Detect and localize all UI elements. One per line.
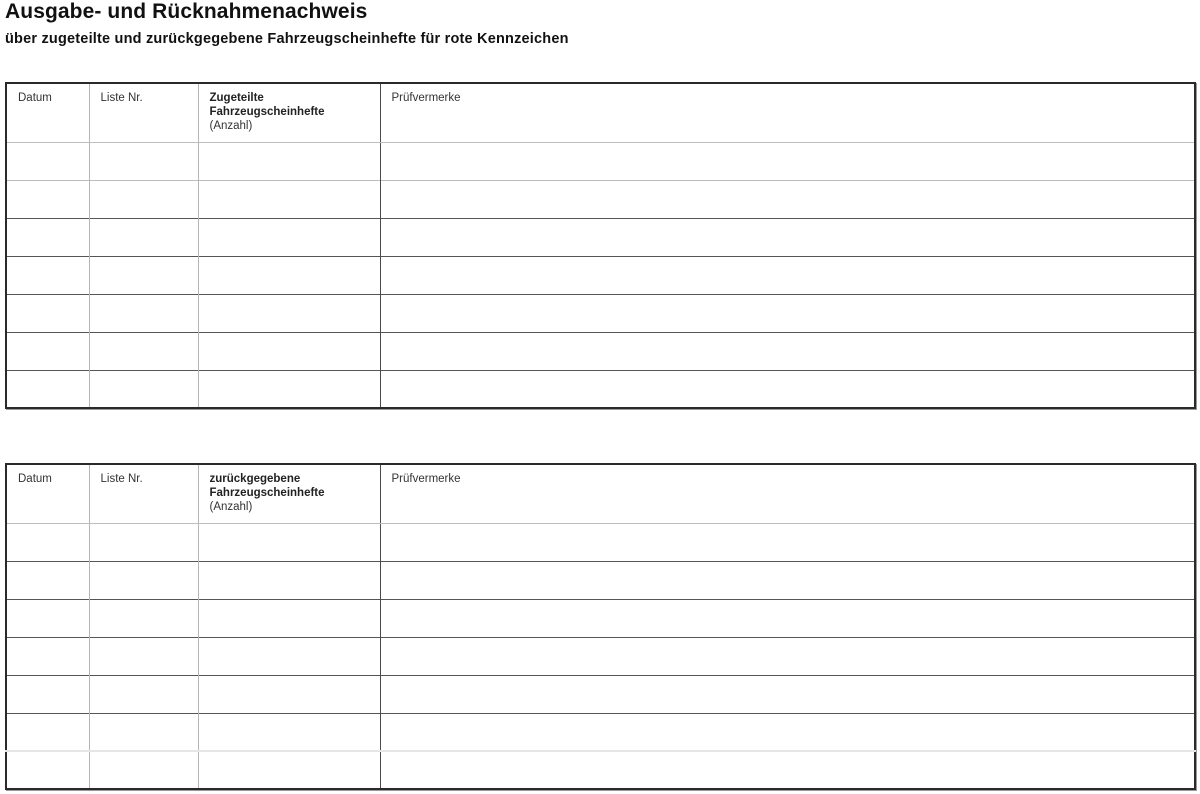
datum-cell[interactable] xyxy=(6,370,89,408)
liste-nr-cell-value[interactable] xyxy=(90,295,198,332)
table-row xyxy=(6,599,1195,637)
liste-nr-cell[interactable] xyxy=(89,256,198,294)
table-row xyxy=(6,523,1195,561)
liste-nr-cell[interactable] xyxy=(89,180,198,218)
column-header-zugeteilte-anzahl: Zugeteilte Fahrzeugscheinhefte (Anzahl) xyxy=(198,83,380,142)
liste-nr-cell[interactable] xyxy=(89,713,198,751)
pruefvermerke-cell-value[interactable] xyxy=(381,752,1195,788)
column-header-line-2: Fahrzeugscheinhefte xyxy=(210,106,325,118)
datum-cell[interactable] xyxy=(6,218,89,256)
anzahl-cell-value[interactable] xyxy=(199,181,380,218)
pruefvermerke-cell[interactable] xyxy=(380,751,1195,789)
column-header-line-1: Zugeteilte xyxy=(210,92,264,104)
returned-rows xyxy=(6,523,1195,789)
datum-cell-value[interactable] xyxy=(7,638,89,675)
datum-cell-value[interactable] xyxy=(7,714,89,751)
anzahl-cell[interactable] xyxy=(198,180,380,218)
table-row xyxy=(6,256,1195,294)
pruefvermerke-cell[interactable] xyxy=(380,523,1195,561)
anzahl-cell-value[interactable] xyxy=(199,562,380,599)
liste-nr-cell[interactable] xyxy=(89,332,198,370)
anzahl-cell-value[interactable] xyxy=(199,524,380,561)
datum-cell-value[interactable] xyxy=(7,562,89,599)
column-header-liste-nr: Liste Nr. xyxy=(89,83,198,142)
liste-nr-cell-value[interactable] xyxy=(90,219,198,256)
anzahl-cell-value[interactable] xyxy=(199,752,380,788)
anzahl-cell[interactable] xyxy=(198,256,380,294)
pruefvermerke-cell-value[interactable] xyxy=(381,143,1195,180)
anzahl-cell[interactable] xyxy=(198,370,380,408)
table-row xyxy=(6,637,1195,675)
pruefvermerke-cell-value[interactable] xyxy=(381,524,1195,561)
datum-cell[interactable] xyxy=(6,751,89,789)
liste-nr-cell[interactable] xyxy=(89,675,198,713)
liste-nr-cell-value[interactable] xyxy=(90,676,198,713)
anzahl-cell-value[interactable] xyxy=(199,143,380,180)
table-row xyxy=(6,294,1195,332)
page-subtitle: über zugeteilte und zurückgegebene Fahrz… xyxy=(5,30,569,48)
pruefvermerke-cell[interactable] xyxy=(380,599,1195,637)
liste-nr-cell[interactable] xyxy=(89,294,198,332)
anzahl-cell-value[interactable] xyxy=(199,295,380,332)
anzahl-cell-value[interactable] xyxy=(199,333,380,370)
pruefvermerke-cell[interactable] xyxy=(380,370,1195,408)
anzahl-cell[interactable] xyxy=(198,599,380,637)
pruefvermerke-cell-value[interactable] xyxy=(381,295,1195,332)
pruefvermerke-cell-value[interactable] xyxy=(381,676,1195,713)
anzahl-cell-value[interactable] xyxy=(199,600,380,637)
liste-nr-cell[interactable] xyxy=(89,523,198,561)
pruefvermerke-cell[interactable] xyxy=(380,713,1195,751)
pruefvermerke-cell[interactable] xyxy=(380,180,1195,218)
liste-nr-cell-value[interactable] xyxy=(90,562,198,599)
liste-nr-cell[interactable] xyxy=(89,142,198,180)
anzahl-cell-value[interactable] xyxy=(199,257,380,294)
anzahl-cell[interactable] xyxy=(198,751,380,789)
datum-cell[interactable] xyxy=(6,637,89,675)
pruefvermerke-cell[interactable] xyxy=(380,675,1195,713)
anzahl-cell-value[interactable] xyxy=(199,638,380,675)
column-header-pruefvermerke: Prüfvermerke xyxy=(380,83,1195,142)
anzahl-cell-value[interactable] xyxy=(199,219,380,256)
liste-nr-cell-value[interactable] xyxy=(90,257,198,294)
anzahl-cell[interactable] xyxy=(198,218,380,256)
anzahl-cell[interactable] xyxy=(198,713,380,751)
table-row xyxy=(6,561,1195,599)
datum-cell-value[interactable] xyxy=(7,181,89,218)
pruefvermerke-cell-value[interactable] xyxy=(381,219,1195,256)
datum-cell-value[interactable] xyxy=(7,600,89,637)
liste-nr-cell-value[interactable] xyxy=(90,714,198,751)
table-header-row: Datum Liste Nr. zurückgegebene Fahrzeugs… xyxy=(6,464,1195,523)
datum-cell-value[interactable] xyxy=(7,752,89,788)
pruefvermerke-cell-value[interactable] xyxy=(381,181,1195,218)
column-header-line-3: (Anzahl) xyxy=(210,120,253,132)
pruefvermerke-cell-value[interactable] xyxy=(381,562,1195,599)
pruefvermerke-cell-value[interactable] xyxy=(381,714,1195,751)
column-header-datum: Datum xyxy=(6,83,89,142)
datum-cell-value[interactable] xyxy=(7,143,89,180)
table-row xyxy=(6,180,1195,218)
pruefvermerke-cell[interactable] xyxy=(380,142,1195,180)
column-header-pruefvermerke: Prüfvermerke xyxy=(380,464,1195,523)
datum-cell[interactable] xyxy=(6,256,89,294)
datum-cell-value[interactable] xyxy=(7,524,89,561)
table-row xyxy=(6,370,1195,408)
anzahl-cell-value[interactable] xyxy=(199,714,380,751)
anzahl-cell-value[interactable] xyxy=(199,676,380,713)
liste-nr-cell-value[interactable] xyxy=(90,524,198,561)
datum-cell-value[interactable] xyxy=(7,333,89,370)
pruefvermerke-cell[interactable] xyxy=(380,332,1195,370)
pruefvermerke-cell[interactable] xyxy=(380,218,1195,256)
pruefvermerke-cell-value[interactable] xyxy=(381,638,1195,675)
liste-nr-cell-value[interactable] xyxy=(90,638,198,675)
table-row xyxy=(6,675,1195,713)
liste-nr-cell[interactable] xyxy=(89,218,198,256)
pruefvermerke-cell-value[interactable] xyxy=(381,371,1195,408)
issued-rows xyxy=(6,142,1195,408)
datum-cell[interactable] xyxy=(6,713,89,751)
liste-nr-cell[interactable] xyxy=(89,599,198,637)
table-row xyxy=(6,713,1195,751)
liste-nr-cell[interactable] xyxy=(89,751,198,789)
datum-cell-value[interactable] xyxy=(7,219,89,256)
anzahl-cell[interactable] xyxy=(198,561,380,599)
anzahl-cell-value[interactable] xyxy=(199,371,380,408)
liste-nr-cell[interactable] xyxy=(89,637,198,675)
column-header-datum: Datum xyxy=(6,464,89,523)
issued-booklets-table: Datum Liste Nr. Zugeteilte Fahrzeugschei… xyxy=(5,82,1196,409)
anzahl-cell[interactable] xyxy=(198,332,380,370)
anzahl-cell[interactable] xyxy=(198,675,380,713)
page-title: Ausgabe- und Rücknahmenachweis xyxy=(5,0,367,24)
table-row xyxy=(6,751,1195,789)
table-header-row: Datum Liste Nr. Zugeteilte Fahrzeugschei… xyxy=(6,83,1195,142)
datum-cell[interactable] xyxy=(6,561,89,599)
table-row xyxy=(6,142,1195,180)
pruefvermerke-cell[interactable] xyxy=(380,561,1195,599)
column-header-zurueckgegebene-anzahl: zurückgegebene Fahrzeugscheinhefte (Anza… xyxy=(198,464,380,523)
liste-nr-cell[interactable] xyxy=(89,561,198,599)
datum-cell[interactable] xyxy=(6,180,89,218)
datum-cell[interactable] xyxy=(6,332,89,370)
pruefvermerke-cell[interactable] xyxy=(380,294,1195,332)
returned-booklets-table: Datum Liste Nr. zurückgegebene Fahrzeugs… xyxy=(5,463,1196,790)
liste-nr-cell-value[interactable] xyxy=(90,143,198,180)
anzahl-cell[interactable] xyxy=(198,523,380,561)
datum-cell-value[interactable] xyxy=(7,371,89,408)
table-row xyxy=(6,332,1195,370)
datum-cell-value[interactable] xyxy=(7,676,89,713)
anzahl-cell[interactable] xyxy=(198,637,380,675)
table-row xyxy=(6,218,1195,256)
anzahl-cell[interactable] xyxy=(198,142,380,180)
datum-cell[interactable] xyxy=(6,599,89,637)
column-header-line-1: zurückgegebene xyxy=(210,473,301,485)
pruefvermerke-cell[interactable] xyxy=(380,637,1195,675)
datum-cell[interactable] xyxy=(6,675,89,713)
pruefvermerke-cell-value[interactable] xyxy=(381,600,1195,637)
liste-nr-cell-value[interactable] xyxy=(90,371,198,408)
pruefvermerke-cell-value[interactable] xyxy=(381,333,1195,370)
liste-nr-cell-value[interactable] xyxy=(90,333,198,370)
anzahl-cell[interactable] xyxy=(198,294,380,332)
liste-nr-cell-value[interactable] xyxy=(90,600,198,637)
datum-cell-value[interactable] xyxy=(7,257,89,294)
column-header-liste-nr: Liste Nr. xyxy=(89,464,198,523)
pruefvermerke-cell[interactable] xyxy=(380,256,1195,294)
column-header-line-2: Fahrzeugscheinhefte xyxy=(210,487,325,499)
liste-nr-cell-value[interactable] xyxy=(90,752,198,788)
datum-cell[interactable] xyxy=(6,142,89,180)
liste-nr-cell[interactable] xyxy=(89,370,198,408)
datum-cell[interactable] xyxy=(6,294,89,332)
pruefvermerke-cell-value[interactable] xyxy=(381,257,1195,294)
datum-cell-value[interactable] xyxy=(7,295,89,332)
column-header-line-3: (Anzahl) xyxy=(210,501,253,513)
datum-cell[interactable] xyxy=(6,523,89,561)
liste-nr-cell-value[interactable] xyxy=(90,181,198,218)
